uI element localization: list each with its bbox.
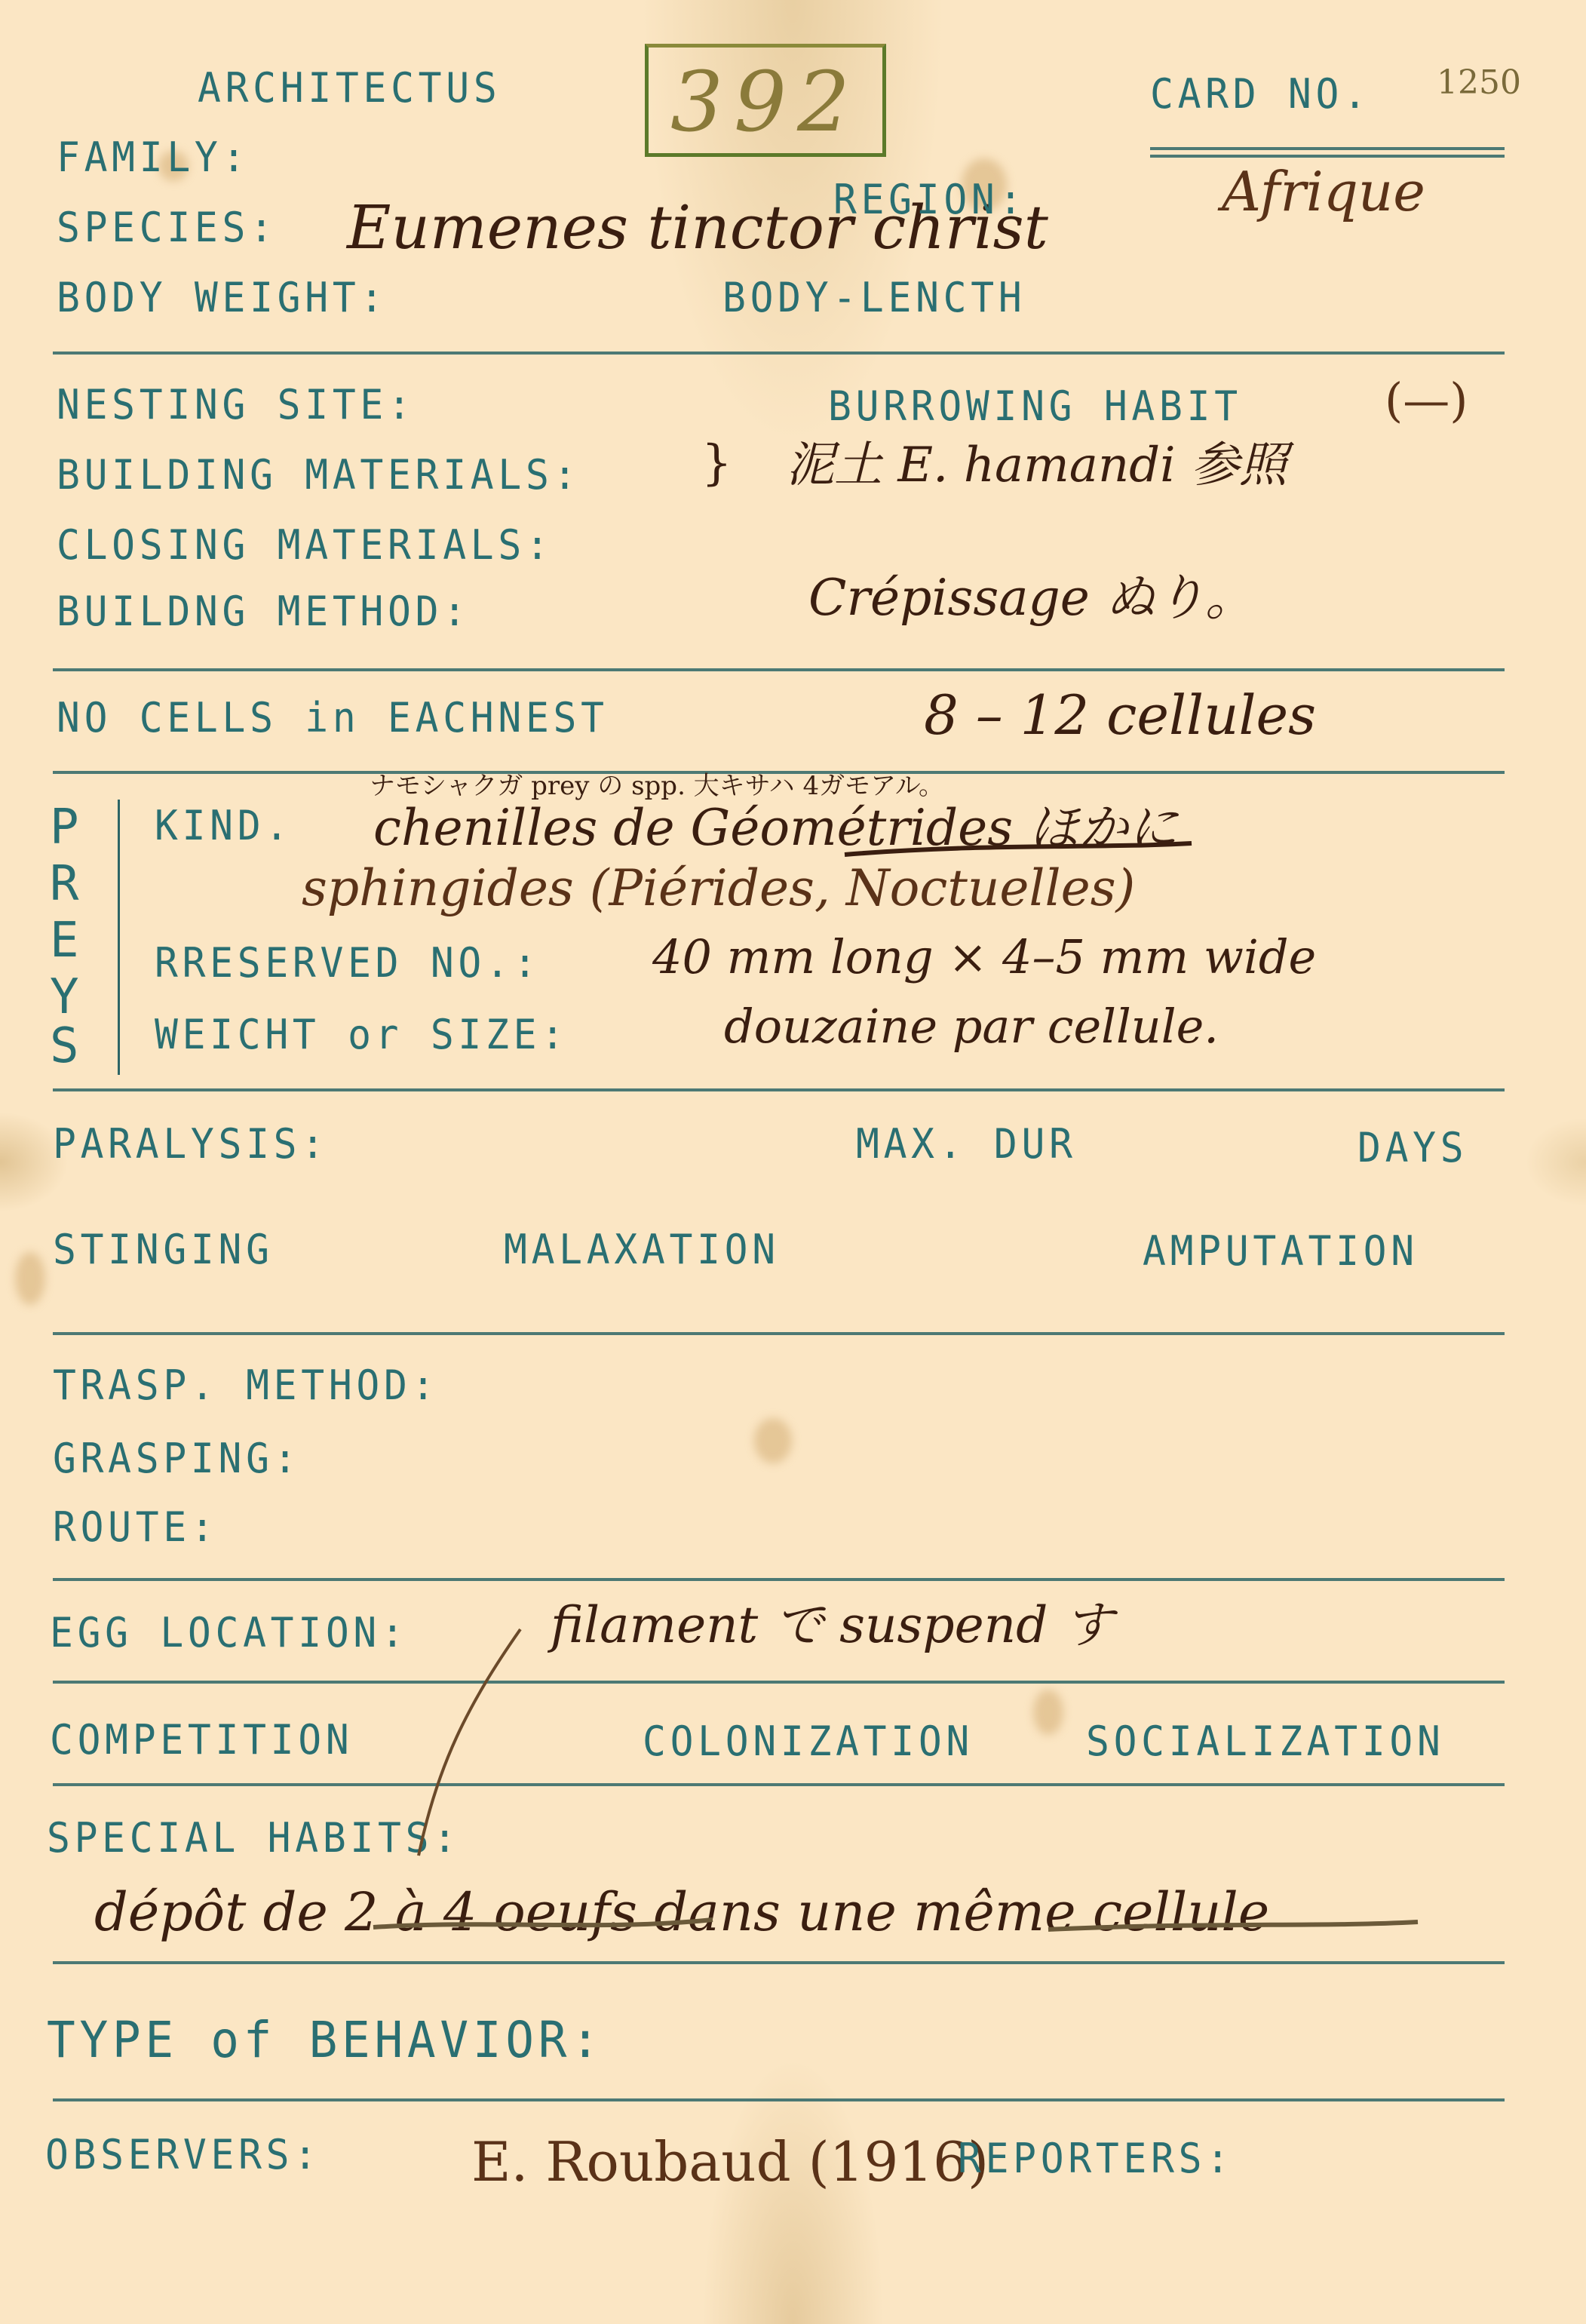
kind-value-line2: sphingides (Piérides, Noctuelles) — [302, 864, 1135, 913]
divider — [1150, 155, 1505, 158]
egg-location-value: filament で suspend す — [551, 1601, 1113, 1650]
paralysis-label: PARALYSIS: — [53, 1124, 329, 1165]
no-cells-label: NO CELLS in EACHNEST — [57, 698, 609, 738]
record-card: ARCHITECTUS 392 CARD NO. 1250 FAMILY: SP… — [0, 0, 1586, 2324]
divider — [53, 668, 1505, 671]
region-value: Afrique — [1222, 164, 1425, 219]
card-no-label: CARD NO. — [1150, 74, 1371, 115]
nesting-site-label: NESTING SITE: — [57, 385, 416, 425]
divider — [1150, 147, 1505, 150]
closing-materials-label: CLOSING MATERIALS: — [57, 525, 554, 566]
kind-note: ナモシャクガ prey の spp. 大キサハ 4ガモアル。 — [370, 773, 944, 799]
burrowing-habit-label: BURROWING HABIT — [828, 386, 1242, 427]
stinging-label: STINGING — [53, 1230, 274, 1270]
preys-letter: E — [50, 916, 79, 965]
building-materials-value: 泥土 E. hamandi 参照 — [786, 441, 1287, 490]
type-of-behavior-label: TYPE of BEHAVIOR: — [47, 2015, 604, 2065]
preys-letter: Y — [50, 973, 79, 1021]
grasping-label: GRASPING: — [53, 1438, 301, 1479]
divider — [53, 1578, 1505, 1581]
max-dur-label: MAX. DUR — [856, 1124, 1077, 1165]
building-method-label: BUILDNG METHOD: — [57, 591, 471, 632]
header-title: ARCHITECTUS — [198, 68, 501, 109]
brace-icon: } — [701, 439, 732, 487]
trasp-method-label: TRASP. METHOD: — [53, 1365, 439, 1406]
stain — [15, 1252, 45, 1305]
competition-label: COMPETITION — [50, 1720, 353, 1761]
preys-letter: S — [50, 1022, 79, 1070]
box-number-value: 392 — [649, 54, 882, 150]
building-materials-label: BUILDING MATERIALS: — [57, 455, 581, 496]
special-habits-value: dépôt de 2 à 4 oeufs dans une même cellu… — [94, 1886, 1269, 1939]
preys-divider — [118, 800, 120, 1075]
weight-value: douzaine par cellule. — [724, 1003, 1219, 1050]
building-method-value: Crépissage ぬり。 — [808, 573, 1255, 623]
special-habits-label: SPECIAL HABITS: — [47, 1818, 461, 1859]
divider — [53, 352, 1505, 355]
divider — [53, 1088, 1505, 1091]
weight-label: WEICHT or SIZE: — [155, 1015, 569, 1055]
no-cells-value: 8 – 12 cellules — [924, 688, 1316, 742]
amputation-label: AMPUTATION — [1143, 1231, 1419, 1272]
card-no-value: 1250 — [1437, 66, 1521, 100]
preys-letter: P — [50, 803, 79, 852]
region-label: REGION: — [833, 180, 1026, 220]
reporters-label: REPORTERS: — [958, 2138, 1234, 2179]
colonization-label: COLONIZATION — [643, 1721, 974, 1762]
observers-value: E. Roubaud (1916) — [471, 2135, 989, 2189]
divider — [53, 1681, 1505, 1684]
socialization-label: SOCIALIZATION — [1086, 1721, 1445, 1762]
preys-letter: R — [50, 860, 79, 908]
species-label: SPECIES: — [57, 207, 278, 248]
divider — [53, 2098, 1505, 2101]
kind-value-line1: chenilles de Géométrides ほかに — [373, 803, 1178, 853]
divider — [53, 1332, 1505, 1335]
stain — [754, 1418, 792, 1463]
family-label: FAMILY: — [57, 137, 250, 178]
weight-label-text: WEICHT or SIZE: — [155, 1011, 569, 1058]
reserved-value: 40 mm long × 4–5 mm wide — [652, 934, 1316, 981]
egg-location-label: EGG LOCATION: — [50, 1613, 409, 1653]
divider — [53, 1961, 1505, 1964]
observers-label: OBSERVERS: — [45, 2135, 321, 2175]
route-label: ROUTE: — [53, 1507, 219, 1548]
kind-label: KIND. — [155, 806, 293, 846]
divider — [53, 1783, 1505, 1786]
reserved-label: RRESERVED NO.: — [155, 943, 541, 984]
malaxation-label: MALAXATION — [504, 1230, 780, 1270]
box-number: 392 — [645, 44, 886, 157]
stain — [1033, 1690, 1063, 1735]
burrowing-habit-value: (—) — [1385, 377, 1468, 424]
body-length-label: BODY-LENCTH — [722, 278, 1026, 318]
body-weight-label: BODY WEIGHT: — [57, 278, 388, 318]
days-label: DAYS — [1357, 1128, 1468, 1168]
